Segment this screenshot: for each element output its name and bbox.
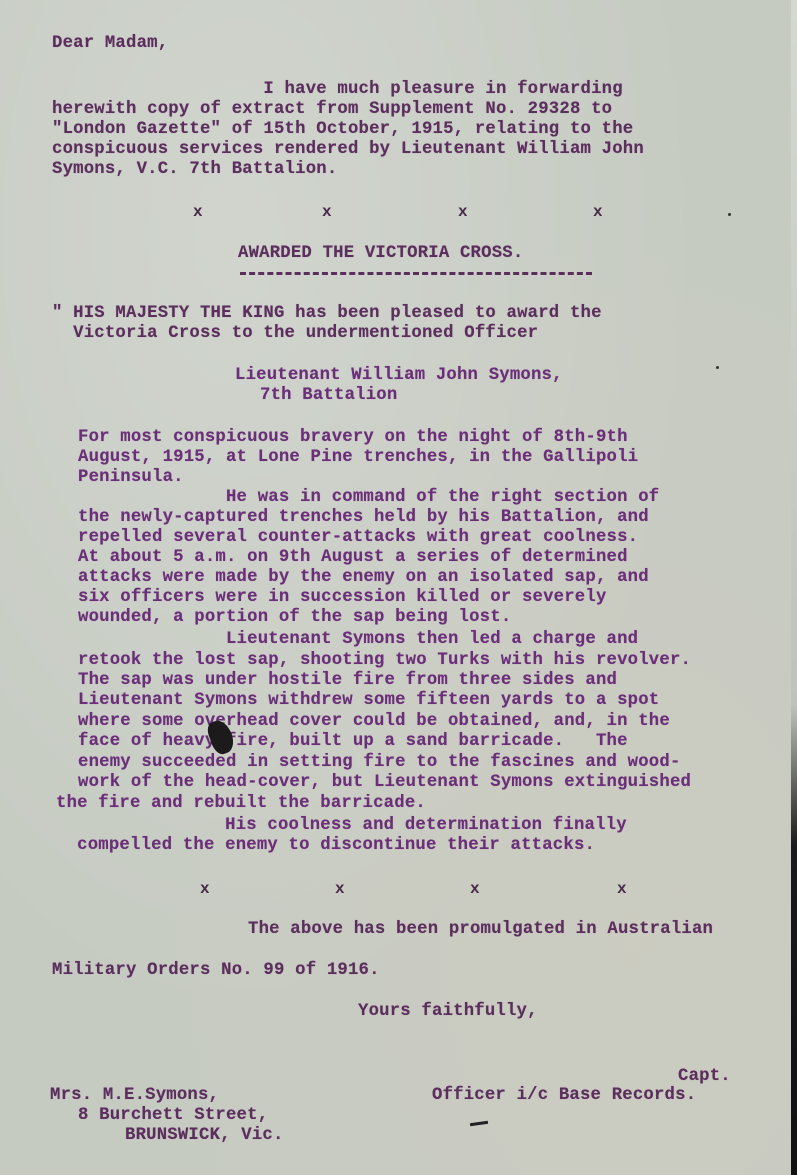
citation-line: August, 1915, at Lone Pine trenches, in … bbox=[78, 448, 638, 468]
citation-line: retook the lost sap, shooting two Turks … bbox=[78, 651, 691, 671]
separator-mark: x bbox=[593, 203, 603, 221]
intro-line: conspicuous services rendered by Lieuten… bbox=[52, 140, 644, 160]
separator-mark: x bbox=[322, 203, 332, 221]
citation-line: enemy succeeded in setting fire to the f… bbox=[78, 753, 681, 773]
citation-line: The sap was under hostile fire from thre… bbox=[78, 671, 617, 691]
citation-line: attacks were made by the enemy on an iso… bbox=[78, 568, 649, 588]
citation-line: repelled several counter-attacks with gr… bbox=[78, 528, 638, 548]
citation-line: His coolness and determination finally bbox=[56, 816, 627, 836]
intro-line: I have much pleasure in forwarding bbox=[52, 80, 623, 100]
paper-speck bbox=[728, 213, 731, 216]
citation-line: For most conspicuous bravery on the nigh… bbox=[78, 428, 628, 448]
heading: AWARDED THE VICTORIA CROSS. bbox=[238, 244, 523, 264]
citation-line: work of the head-cover, but Lieutenant S… bbox=[78, 773, 691, 793]
separator-mark: x bbox=[470, 880, 480, 898]
separator-mark: x bbox=[200, 880, 210, 898]
separator-mark: x bbox=[193, 203, 203, 221]
citation-line: the fire and rebuilt the barricade. bbox=[56, 794, 426, 814]
promulgation-line: The above has been promulgated in Austra… bbox=[248, 920, 713, 940]
recipient-unit: 7th Battalion bbox=[260, 386, 397, 406]
citation-line: Lieutenant Symons withdrew some fifteen … bbox=[78, 691, 659, 711]
addressee-name: Mrs. M.E.Symons, bbox=[50, 1086, 219, 1106]
citation-line: Lieutenant Symons then led a charge and bbox=[78, 630, 638, 650]
citation-line: He was in command of the right section o… bbox=[78, 488, 659, 508]
intro-line: Symons, V.C. 7th Battalion. bbox=[52, 160, 337, 180]
citation-line: At about 5 a.m. on 9th August a series o… bbox=[78, 548, 628, 568]
citation-line: the newly-captured trenches held by his … bbox=[78, 508, 649, 528]
separator-mark: x bbox=[335, 880, 345, 898]
page-edge bbox=[791, 0, 797, 1175]
announcement-line: " HIS MAJESTY THE KING has been pleased … bbox=[52, 304, 602, 324]
addressee-street: 8 Burchett Street, bbox=[78, 1106, 268, 1126]
intro-line: herewith copy of extract from Supplement… bbox=[52, 100, 612, 120]
paper-speck bbox=[716, 366, 719, 369]
promulgation-line: Military Orders No. 99 of 1916. bbox=[52, 961, 380, 981]
announcement-line: Victoria Cross to the undermentioned Off… bbox=[52, 324, 538, 344]
intro-line: "London Gazette" of 15th October, 1915, … bbox=[52, 120, 633, 140]
citation-line: face of heavy fire, built up a sand barr… bbox=[78, 732, 628, 752]
signature-rank: Capt. bbox=[678, 1067, 731, 1087]
salutation: Dear Madam, bbox=[52, 34, 168, 54]
closing: Yours faithfully, bbox=[358, 1002, 538, 1022]
recipient-name: Lieutenant William John Symons, bbox=[235, 366, 563, 386]
citation-line: six officers were in succession killed o… bbox=[78, 588, 607, 608]
citation-line: Peninsula. bbox=[78, 468, 184, 488]
separator-mark: x bbox=[617, 880, 627, 898]
citation-line: wounded, a portion of the sap being lost… bbox=[78, 608, 511, 628]
heading-underline bbox=[240, 272, 592, 275]
citation-line: where some overhead cover could be obtai… bbox=[78, 712, 670, 732]
citation-line: compelled the enemy to discontinue their… bbox=[56, 836, 595, 856]
separator-mark: x bbox=[458, 203, 468, 221]
addressee-city: BRUNSWICK, Vic. bbox=[125, 1126, 284, 1146]
signature-title: Officer i/c Base Records. bbox=[432, 1086, 696, 1106]
